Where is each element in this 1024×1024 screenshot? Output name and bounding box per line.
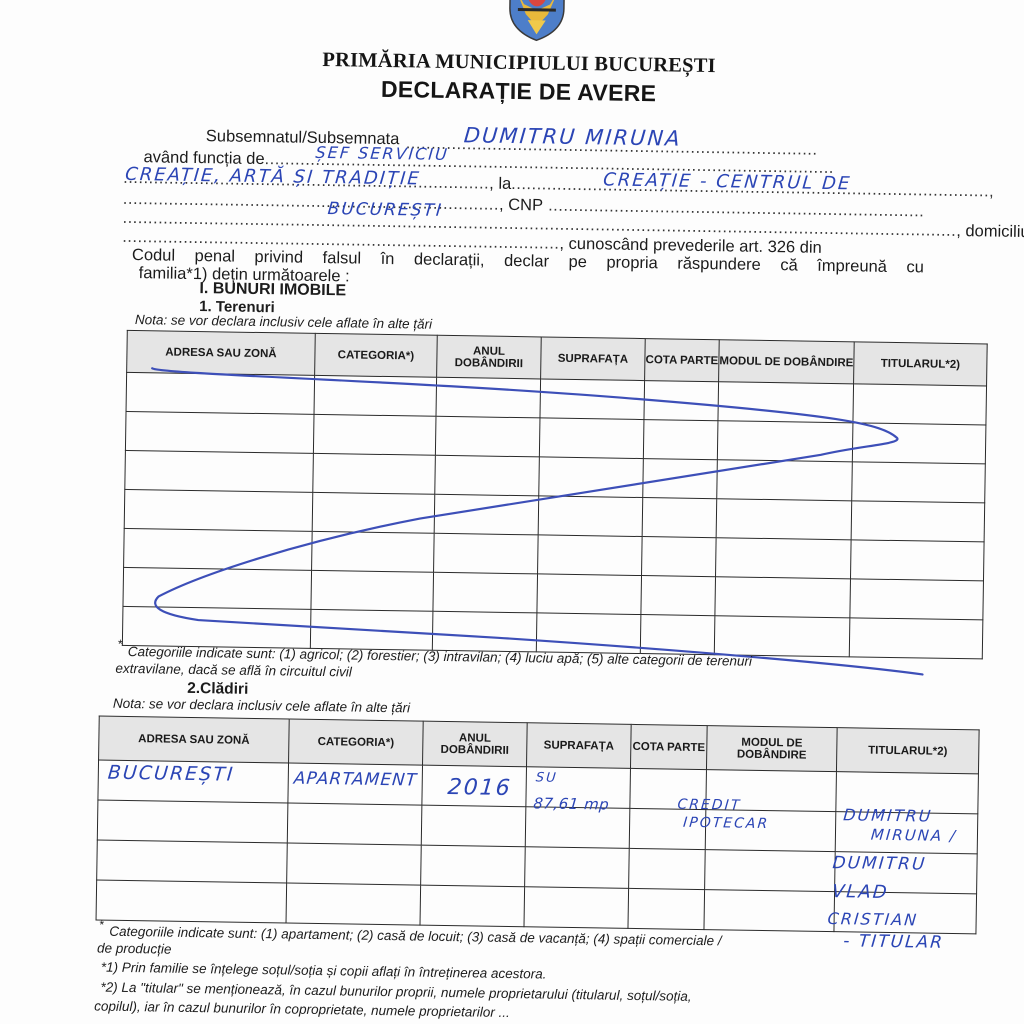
cladiri-note: Nota: se vor declara inclusiv cele aflat…: [113, 696, 410, 716]
table-cell[interactable]: [704, 890, 835, 932]
table-cell[interactable]: [642, 498, 717, 538]
table-cell[interactable]: [539, 418, 644, 459]
subsection-title-cladiri: 2.Clădiri: [187, 680, 248, 699]
table-cell[interactable]: [313, 414, 436, 455]
table-cell[interactable]: [538, 496, 643, 537]
table-cell[interactable]: [125, 450, 314, 492]
cladiri-area-value-1[interactable]: SU: [535, 770, 558, 785]
table-cell[interactable]: [124, 489, 313, 531]
table-cell[interactable]: [311, 570, 434, 611]
table-cell[interactable]: [537, 574, 642, 615]
table-cell[interactable]: [536, 613, 641, 654]
cladiri-holder-line-5[interactable]: CRISTIAN: [827, 909, 919, 929]
table-cell[interactable]: [716, 499, 852, 540]
section-title-bunuri-imobile: I. BUNURI IMOBILE: [199, 280, 346, 300]
table-cell[interactable]: [124, 528, 313, 570]
col-anul: ANUL DOBÂNDIRII: [437, 335, 542, 379]
table-cell[interactable]: [421, 805, 526, 847]
col-cota: COTA PARTE: [645, 339, 720, 382]
cladiri-mode-value-1[interactable]: CREDIT: [677, 797, 742, 814]
cladiri-holder-line-3[interactable]: DUMITRU: [832, 853, 928, 874]
table-cell[interactable]: [850, 540, 984, 581]
table-cell[interactable]: [126, 372, 315, 414]
table-cell[interactable]: [850, 579, 984, 620]
table-cell[interactable]: [717, 460, 853, 501]
cladiri-mode-value-2[interactable]: IPOTECAR: [682, 815, 769, 832]
domicile-label: , domiciliul: [956, 222, 1024, 241]
table-cell[interactable]: [718, 382, 854, 423]
table-cell[interactable]: [717, 421, 853, 462]
institution-field-part1[interactable]: CREAȚIE - CENTRUL DE: [602, 169, 852, 194]
table-cell[interactable]: [644, 381, 719, 421]
col-modul: MODUL DE DOBÂNDIRE: [719, 340, 855, 384]
table-cell[interactable]: [97, 800, 288, 843]
table-cell[interactable]: [435, 455, 540, 496]
terenuri-note: Nota: se vor declara inclusiv cele aflat…: [135, 312, 432, 332]
table-cell[interactable]: [287, 803, 422, 845]
cladiri-footnote-line2: de producție: [97, 941, 172, 957]
table-cell[interactable]: [433, 572, 538, 613]
cladiri-holder-line-1[interactable]: DUMITRU: [842, 805, 933, 825]
table-cell[interactable]: [540, 379, 645, 420]
table-cell[interactable]: [640, 615, 715, 655]
table-cell[interactable]: [313, 453, 436, 494]
table-cell[interactable]: [96, 880, 287, 923]
table-cell[interactable]: [714, 616, 850, 657]
table-cell[interactable]: [286, 883, 421, 925]
col-modul: MODUL DE DOBÂNDIRE: [706, 726, 837, 772]
declaration-page: PRIMĂRIA MUNICIPIULUI BUCUREȘTI DECLARAȚ…: [0, 0, 1024, 1024]
table-cell[interactable]: [641, 576, 716, 616]
table-cell[interactable]: [434, 533, 539, 574]
table-cell[interactable]: [852, 423, 986, 464]
cladiri-holder-line-2[interactable]: MIRUNA /: [870, 826, 958, 845]
table-cell[interactable]: [314, 375, 437, 416]
col-suprafata: SUPRAFAȚA: [527, 723, 632, 769]
table-cell[interactable]: [716, 538, 852, 579]
table-cell[interactable]: [432, 611, 537, 652]
table-cell[interactable]: [312, 492, 435, 533]
col-suprafata: SUPRAFAȚA: [541, 337, 646, 381]
table-cell[interactable]: [421, 845, 526, 887]
cladiri-category-value[interactable]: APARTAMENT: [293, 769, 418, 791]
table-cell[interactable]: [643, 420, 718, 460]
table-cell[interactable]: [310, 609, 433, 650]
table-cell[interactable]: [125, 411, 314, 453]
table-cell[interactable]: [852, 462, 986, 503]
bucharest-coat-of-arms-icon: [505, 0, 568, 43]
table-cell[interactable]: [435, 416, 540, 457]
col-anul: ANUL DOBÂNDIRII: [423, 721, 528, 767]
col-titularul: TITULARUL*2): [836, 728, 979, 774]
table-cell[interactable]: [539, 457, 644, 498]
table-cell[interactable]: [642, 537, 717, 577]
col-categoria: CATEGORIA*): [315, 333, 438, 377]
col-adresa: ADRESA SAU ZONĂ: [99, 716, 290, 763]
terenuri-footnote-marker: *: [118, 637, 123, 651]
terenuri-table: ADRESA SAU ZONĂ CATEGORIA*) ANUL DOBÂNDI…: [122, 330, 988, 659]
table-cell[interactable]: [122, 606, 311, 648]
footnote-family: *1) Prin familie se înțelege soțul/soția…: [101, 960, 547, 982]
table-cell[interactable]: [123, 567, 312, 609]
table-cell[interactable]: [525, 847, 630, 889]
cladiri-holder-line-6[interactable]: - TITULAR: [842, 931, 944, 953]
col-cota: COTA PARTE: [630, 724, 707, 769]
cladiri-area-value-2[interactable]: 87,61 mp: [533, 794, 610, 813]
table-cell[interactable]: [538, 535, 643, 576]
cladiri-address-value[interactable]: BUCUREȘTI: [107, 762, 235, 786]
table-cell[interactable]: [436, 377, 541, 418]
table-cell[interactable]: [287, 843, 422, 885]
cladiri-footnote-marker: *: [99, 918, 104, 932]
table-cell[interactable]: [705, 850, 836, 892]
domicile-field[interactable]: BUCUREȘTI: [327, 199, 444, 221]
cladiri-year-value[interactable]: 2016: [447, 775, 513, 801]
declarant-name-field[interactable]: DUMITRU MIRUNA: [463, 123, 683, 150]
cnp-label: , CNP: [499, 196, 543, 215]
table-cell[interactable]: [524, 887, 629, 929]
at-label: , la: [489, 175, 511, 193]
col-adresa: ADRESA SAU ZONĂ: [127, 330, 316, 375]
table-cell[interactable]: [312, 531, 435, 572]
table-cell[interactable]: [715, 577, 851, 618]
table-cell[interactable]: [851, 501, 985, 542]
table-cell[interactable]: [420, 885, 525, 927]
table-cell[interactable]: [97, 840, 288, 883]
table-cell[interactable]: [849, 618, 983, 659]
table-cell[interactable]: [629, 848, 706, 889]
col-titularul: TITULARUL*2): [854, 342, 988, 386]
table-cell[interactable]: [628, 888, 705, 929]
col-categoria: CATEGORIA*): [289, 719, 424, 765]
function-field[interactable]: ȘEF SERVICIU: [315, 143, 450, 164]
terenuri-footnote-line2: extravilane, dacă se află în circuitul c…: [115, 661, 352, 680]
table-cell[interactable]: [434, 494, 539, 535]
footnote-titular-cont: copilul), iar în cazul bunurilor în copr…: [94, 998, 510, 1020]
table-cell[interactable]: [853, 384, 987, 425]
cladiri-holder-line-4[interactable]: VLAD: [831, 881, 889, 903]
table-cell[interactable]: [643, 459, 718, 499]
